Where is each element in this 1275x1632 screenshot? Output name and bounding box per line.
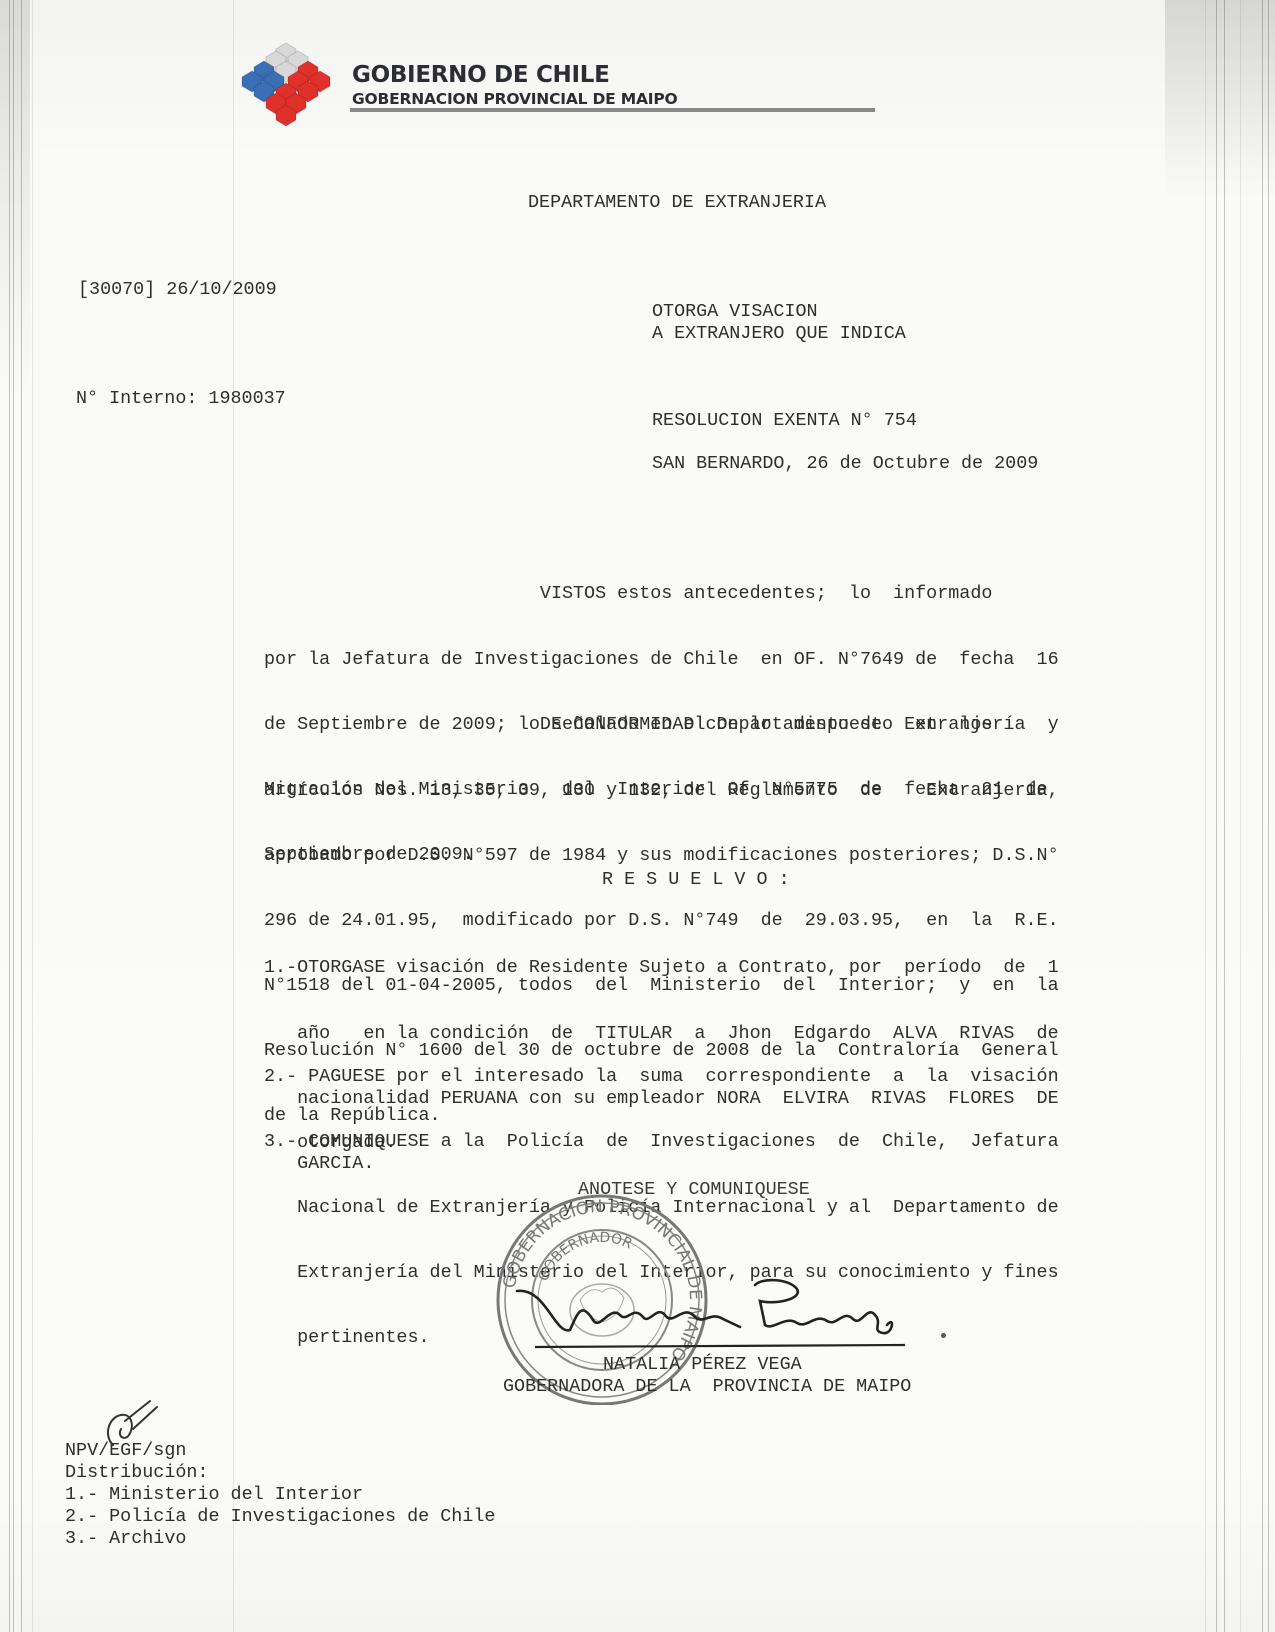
scan-artifact-line [9, 0, 10, 1632]
chile-government-logo-icon [236, 40, 336, 132]
scan-artifact-line [1240, 0, 1241, 1632]
paragraph-line: 1.-OTORGASE visación de Residente Sujeto… [264, 957, 1164, 979]
scan-artifact-line [1262, 0, 1263, 1632]
subject-line-2: A EXTRANJERO QUE INDICA [652, 323, 906, 345]
ink-dot [941, 1333, 946, 1338]
paragraph-line: DE CONFORMIDAD con lo dispuesto en los [264, 714, 1164, 736]
header-rule [350, 108, 875, 112]
resolution-number: RESOLUCION EXENTA N° 754 [652, 410, 917, 432]
org-subtitle: GOBERNACION PROVINCIAL DE MAIPO [352, 90, 677, 108]
place-date: SAN BERNARDO, 26 de Octubre de 2009 [652, 453, 1038, 475]
scan-shadow-left [0, 0, 30, 400]
closing-phrase: ANOTESE Y COMUNIQUESE [578, 1179, 810, 1201]
signatory-title: GOBERNADORA DE LA PROVINCIA DE MAIPO [503, 1376, 911, 1398]
scan-artifact-line [13, 0, 14, 1632]
handwritten-signature [515, 1275, 935, 1355]
reference-line: [30070] 26/10/2009 [78, 279, 277, 301]
scan-artifact-line [1216, 0, 1217, 1632]
scan-artifact-line [32, 0, 33, 1632]
paragraph-line: 2.- PAGUESE por el interesado la suma co… [264, 1066, 1164, 1088]
paragraph-line: aprobado por D.S. N°597 de 1984 y sus mo… [264, 845, 1164, 867]
reference-initials: NPV/EGF/sgn [65, 1440, 186, 1462]
scanned-page: GOBIERNO DE CHILE GOBERNACION PROVINCIAL… [0, 0, 1275, 1632]
internal-number: N° Interno: 1980037 [76, 388, 286, 410]
scan-artifact-line [1268, 0, 1269, 1632]
scan-artifact-line [1224, 0, 1225, 1632]
distribution-label: Distribución: [65, 1462, 208, 1484]
signatory-name: NATALIA PÉREZ VEGA [603, 1354, 802, 1376]
org-title: GOBIERNO DE CHILE [352, 62, 610, 88]
distribution-item-3: 3.- Archivo [65, 1528, 186, 1550]
subject-line-1: OTORGA VISACION [652, 301, 818, 323]
paragraph-line: artículos Nos. 13, 35, 39, 130 y 132, de… [264, 780, 1164, 802]
scan-artifact-line [1205, 0, 1206, 1632]
scan-shadow-right [1165, 0, 1275, 200]
scan-artifact-line [21, 0, 22, 1632]
paragraph-line: VISTOS estos antecedentes; lo informado [264, 583, 1164, 605]
department-heading: DEPARTAMENTO DE EXTRANJERIA [528, 192, 826, 214]
scan-artifact-line [233, 0, 234, 1632]
paragraph-line: 3.- COMUNIQUESE a la Policía de Investig… [264, 1131, 1164, 1153]
distribution-item-2: 2.- Policía de Investigaciones de Chile [65, 1506, 495, 1528]
paragraph-line: por la Jefatura de Investigaciones de Ch… [264, 649, 1164, 671]
distribution-item-1: 1.- Ministerio del Interior [65, 1484, 363, 1506]
resuelvo-heading: R E S U E L V O : [602, 869, 790, 891]
